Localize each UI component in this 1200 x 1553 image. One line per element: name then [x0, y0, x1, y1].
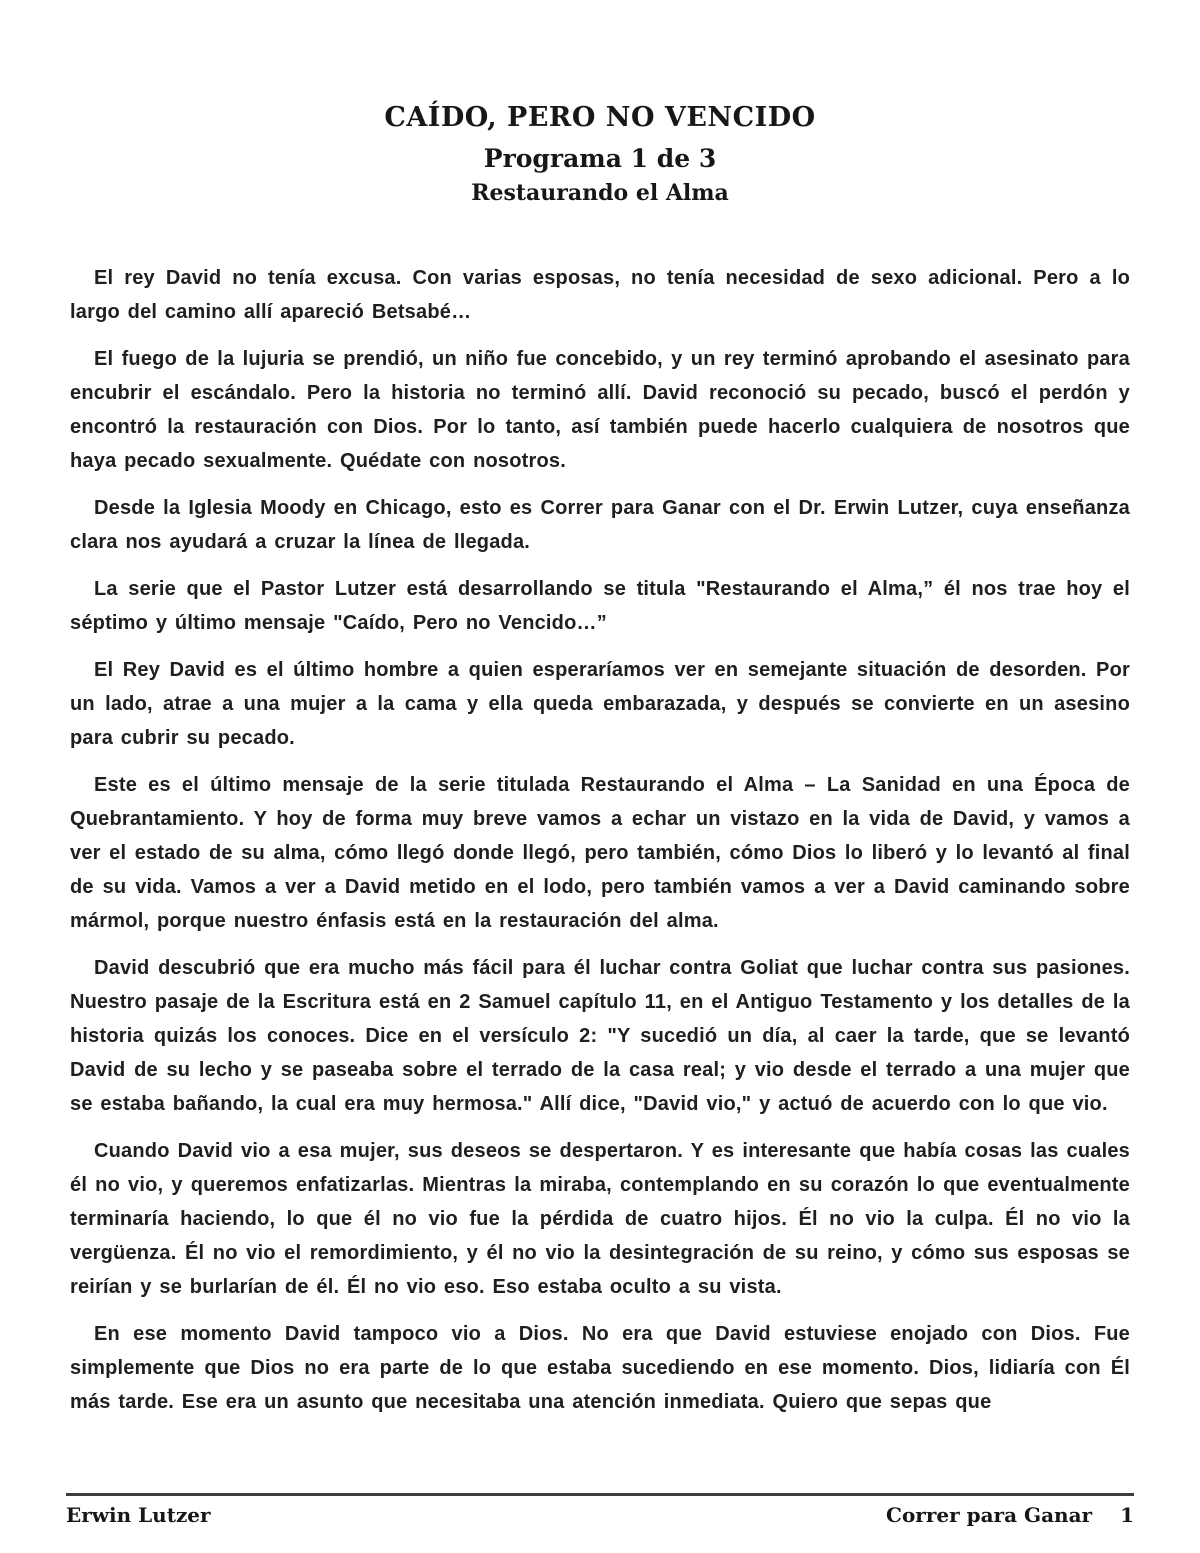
- transcript-paragraph-7: David descubrió que era mucho más fácil …: [70, 951, 1130, 1121]
- transcript-paragraph-1: El rey David no tenía excusa. Con varias…: [70, 261, 1130, 329]
- transcript-paragraph-6: Este es el último mensaje de la serie ti…: [70, 768, 1130, 938]
- series-subtitle: Restaurando el Alma: [0, 181, 1200, 205]
- transcript-paragraph-3: Desde la Iglesia Moody en Chicago, esto …: [70, 491, 1130, 559]
- transcript-paragraph-5: El Rey David es el último hombre a quien…: [70, 653, 1130, 755]
- footer-program-label: Correr para Ganar: [886, 1503, 1092, 1527]
- transcript-paragraph-2: El fuego de la lujuria se prendió, un ni…: [70, 342, 1130, 478]
- document-title: CAÍDO, PERO NO VENCIDO: [0, 103, 1200, 133]
- transcript-paragraph-4: La serie que el Pastor Lutzer está desar…: [70, 572, 1130, 640]
- transcript-paragraph-8: Cuando David vio a esa mujer, sus deseos…: [70, 1134, 1130, 1304]
- page-footer: Erwin Lutzer Correr para Ganar 1: [66, 1493, 1134, 1527]
- footer-program-block: Correr para Ganar 1: [886, 1503, 1134, 1527]
- program-subtitle: Programa 1 de 3: [0, 145, 1200, 173]
- transcript-body: El rey David no tenía excusa. Con varias…: [70, 261, 1130, 1419]
- footer-page-number: 1: [1120, 1503, 1134, 1527]
- footer-row: Erwin Lutzer Correr para Ganar 1: [66, 1503, 1134, 1527]
- footer-divider: [66, 1493, 1134, 1496]
- transcript-paragraph-9: En ese momento David tampoco vio a Dios.…: [70, 1317, 1130, 1419]
- title-block: CAÍDO, PERO NO VENCIDO Programa 1 de 3 R…: [0, 0, 1200, 205]
- footer-author: Erwin Lutzer: [66, 1503, 211, 1527]
- document-page: CAÍDO, PERO NO VENCIDO Programa 1 de 3 R…: [0, 0, 1200, 1553]
